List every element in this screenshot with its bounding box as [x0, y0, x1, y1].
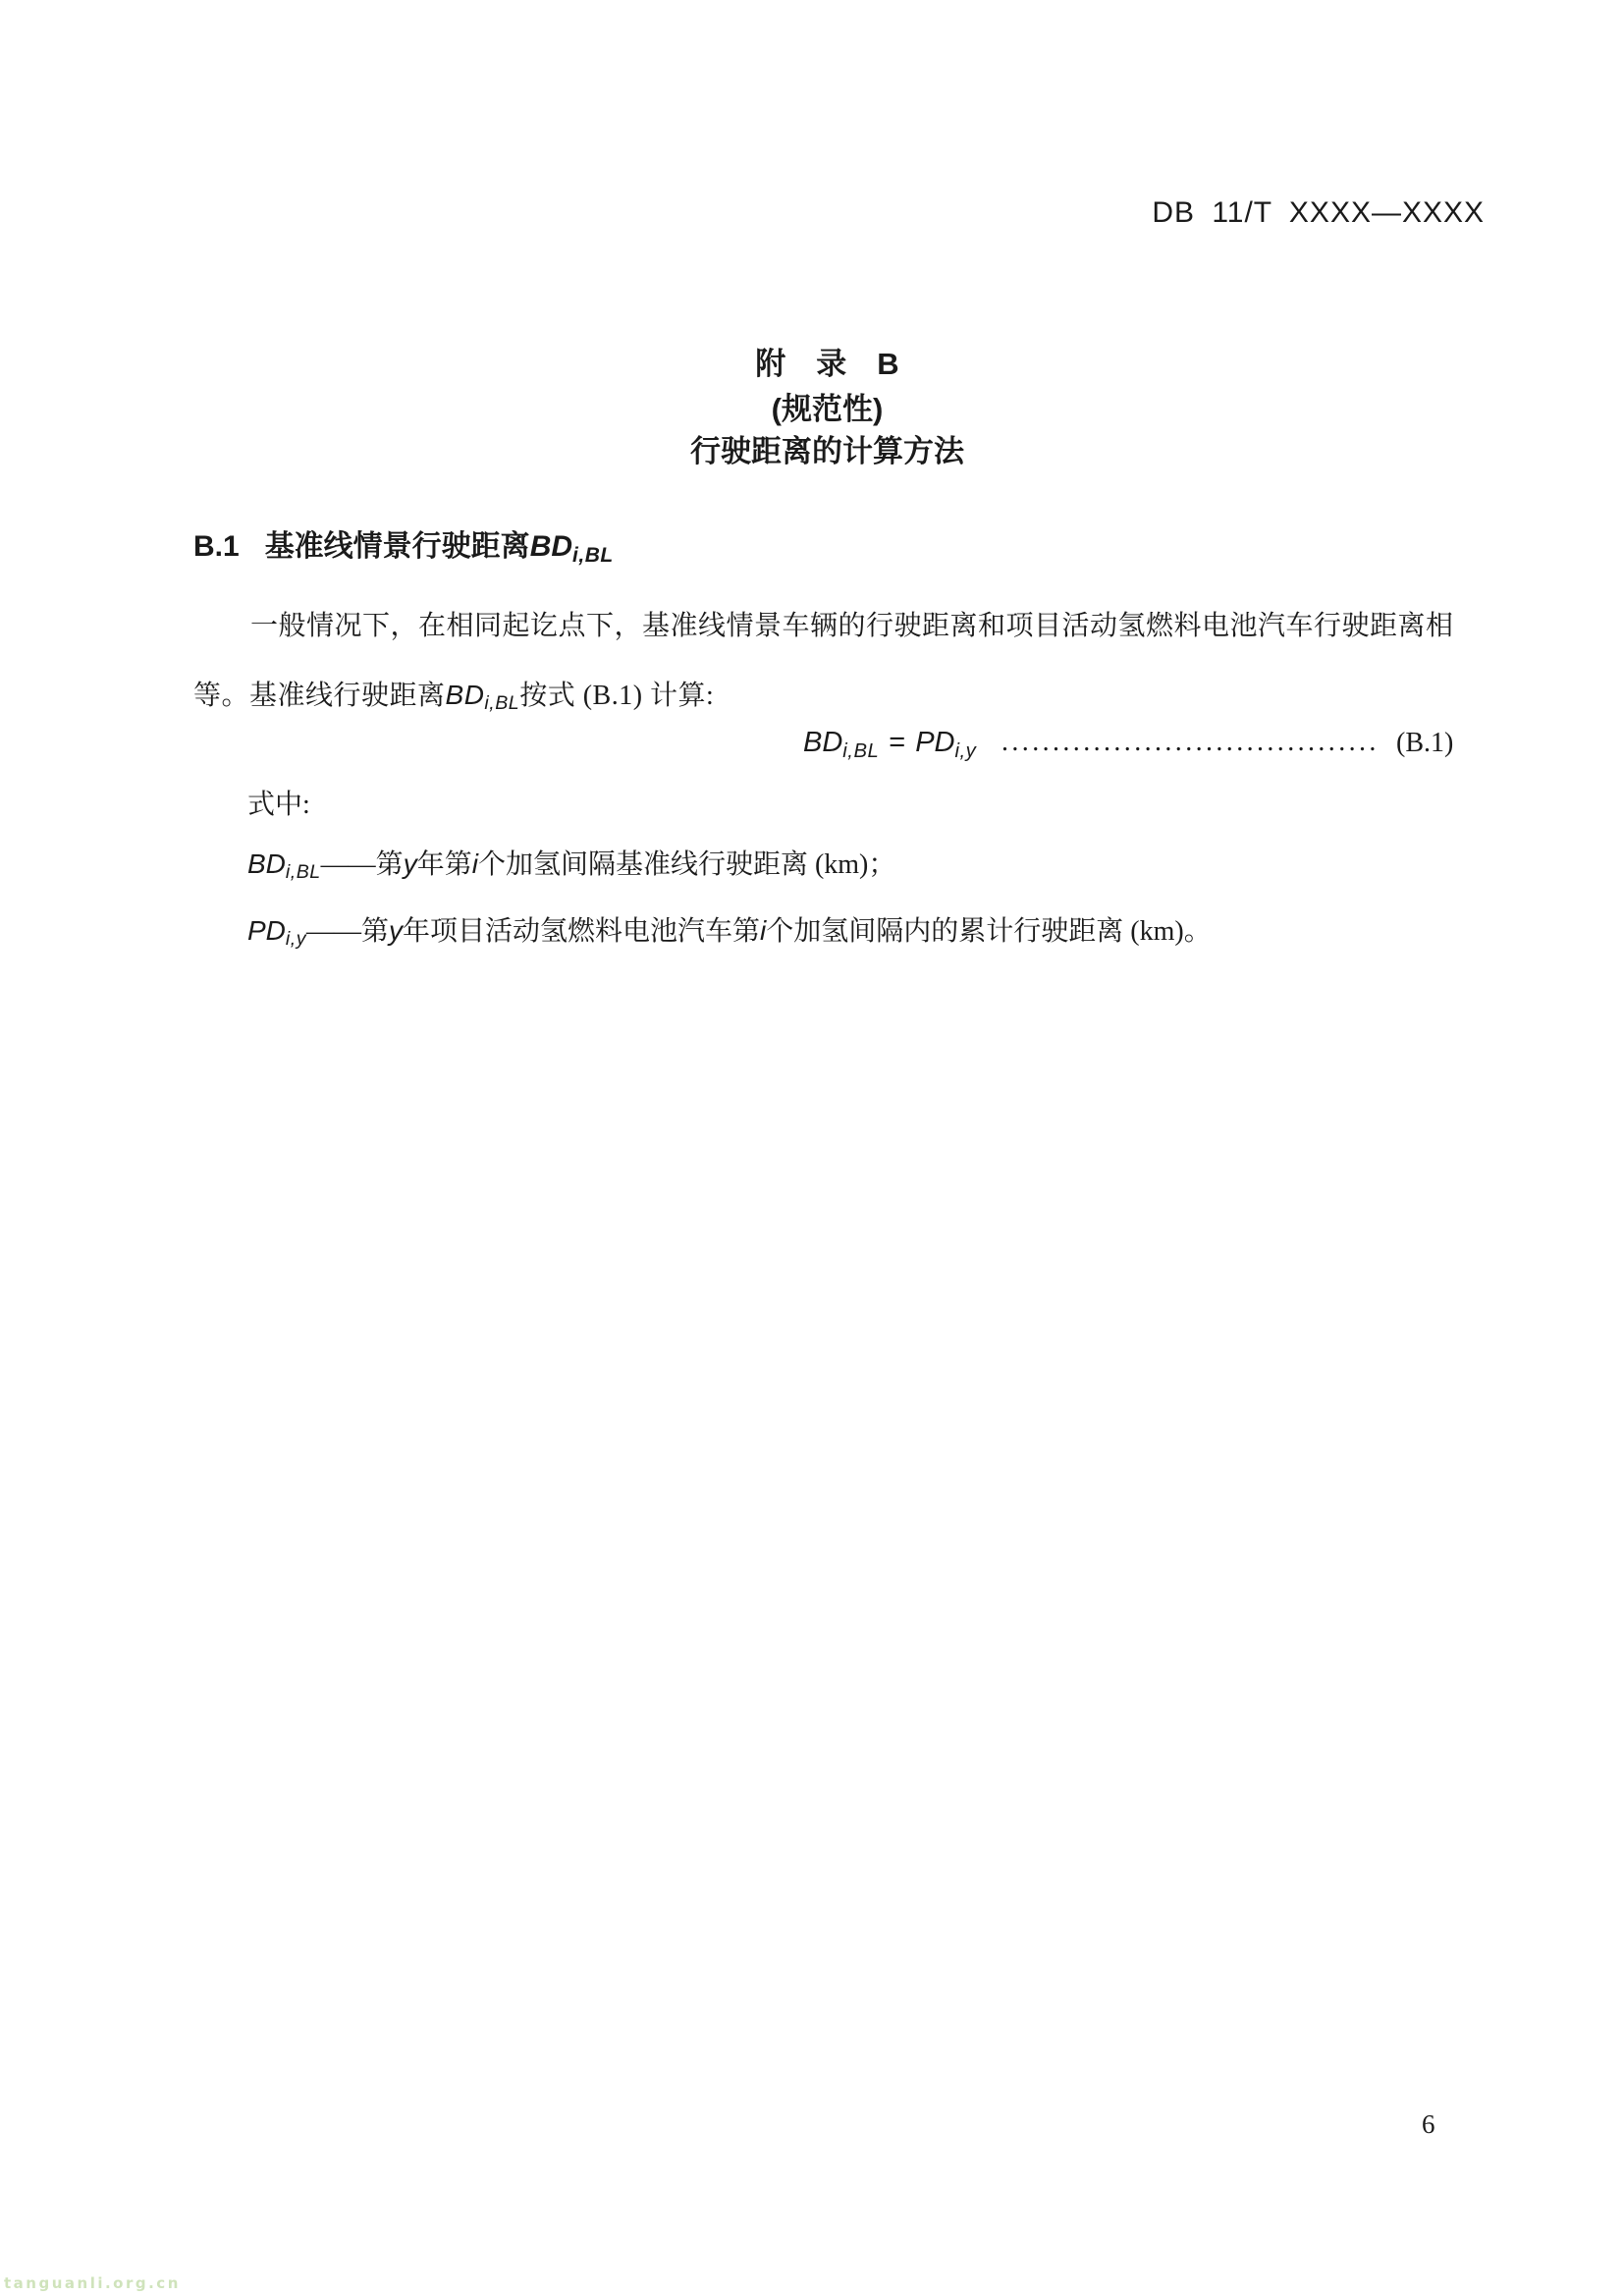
- document-page: DB 11/T XXXX—XXXX 附 录 B (规范性) 行驶距离的计算方法 …: [0, 0, 1623, 2296]
- body-paragraph-line1: 一般情况下，在相同起讫点下，基准线情景车辆的行驶距离和项目活动氢燃料电池汽车行驶…: [250, 604, 1454, 643]
- definition-bd-seg3: 个加氢间隔基准线行驶距离 (km)；: [478, 849, 895, 880]
- section-variable-subscript: i,BL: [572, 544, 614, 567]
- definition-bd-seg1: 第: [376, 849, 404, 880]
- appendix-title-block: 附 录 B (规范性) 行驶距离的计算方法: [16, 346, 1623, 470]
- definition-bd-seg2: 年第: [417, 849, 472, 880]
- equation-expression: BDi,BL=PDi,y: [803, 727, 976, 759]
- section-title-text: 基准线情景行驶距离: [265, 530, 530, 563]
- definition-bd-variable: BD: [247, 848, 286, 879]
- paragraph-variable: BD: [446, 680, 485, 710]
- paragraph-line2-tail: 按式 (B.1) 计算:: [519, 681, 714, 711]
- definition-pd-variable: PD: [247, 915, 286, 946]
- definition-dash: ——: [321, 849, 376, 880]
- page-number: 6: [1422, 2109, 1435, 2140]
- definition-pd-seg2: 年项目活动氢燃料电池汽车第: [403, 916, 760, 947]
- body-paragraph-line2: 等。基准线行驶距离BDi,BL按式 (B.1) 计算:: [193, 674, 714, 713]
- equation-rhs-variable: PD: [915, 727, 954, 758]
- definition-bd-var-y: y: [404, 848, 417, 879]
- appendix-title: 附 录 B: [16, 346, 1623, 383]
- section-number: B.1: [193, 530, 240, 563]
- appendix-normative-label: (规范性): [16, 391, 1623, 428]
- appendix-subtitle: 行驶距离的计算方法: [16, 433, 1623, 470]
- definition-pd-var-y: y: [389, 915, 403, 946]
- equation-dot-leader: .....................................: [1001, 727, 1386, 758]
- where-intro: 式中:: [247, 783, 310, 822]
- equation-lhs-subscript: i,BL: [842, 740, 879, 762]
- paragraph-variable-subscript: i,BL: [484, 692, 519, 714]
- definition-pd-seg1: 第: [361, 916, 389, 947]
- definition-pd: PDi,y——第y年项目活动氢燃料电池汽车第i个加氢间隔内的累计行驶距离 (km…: [247, 909, 1212, 949]
- definition-pd-seg3: 个加氢间隔内的累计行驶距离 (km)。: [766, 916, 1211, 947]
- definition-bd: BDi,BL——第y年第i个加氢间隔基准线行驶距离 (km)；: [247, 843, 895, 882]
- definition-dash: ——: [306, 916, 361, 947]
- section-heading-b1: B.1基准线情景行驶距离BDi,BL: [193, 521, 614, 565]
- paragraph-line2-text: 等。基准线行驶距离: [193, 681, 446, 711]
- standard-code-header: DB 11/T XXXX—XXXX: [0, 196, 1485, 230]
- definition-pd-subscript: i,y: [286, 928, 306, 950]
- equation-number-label: (B.1): [1396, 728, 1453, 759]
- equation-lhs-variable: BD: [803, 727, 842, 758]
- watermark: tanguanli.org.cn: [4, 2274, 181, 2292]
- definition-bd-subscript: i,BL: [286, 861, 321, 883]
- equals-sign: =: [889, 727, 905, 758]
- equation-b1-row: BDi,BL=PDi,y ...........................…: [0, 727, 1623, 768]
- section-variable: BD: [530, 530, 572, 563]
- equation-rhs-subscript: i,y: [954, 740, 976, 762]
